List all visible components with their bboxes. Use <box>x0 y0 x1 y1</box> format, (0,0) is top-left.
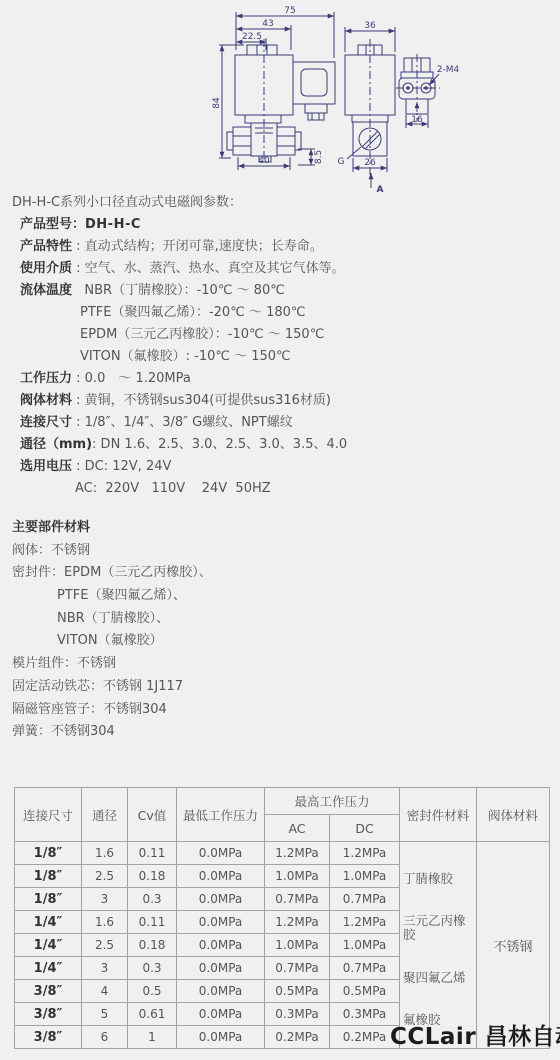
dim-front-stub: 8.5 <box>314 150 324 164</box>
seal-material: 三元乙丙橡胶 <box>403 914 476 942</box>
parameter-table: 连接尺寸 通径 Cv值 最低工作压力 最高工作压力 密封件材料 阀体材料 AC … <box>14 787 550 1049</box>
cell-dc: 1.2MPa <box>330 911 400 934</box>
cclair-logo: CCLair 昌林自动化 <box>390 1018 560 1051</box>
cell-size: 3/8″ <box>15 1026 82 1049</box>
material-line: 密封件：EPDM（三元乙丙橡胶）、 <box>0 562 560 585</box>
cell-dc: 1.0MPa <box>330 934 400 957</box>
cell-min: 0.0MPa <box>177 865 265 888</box>
spec-line-fluid-temp: 流体温度 NBR（丁腈橡胶）：-10℃ ～ 80℃ <box>0 280 560 302</box>
cell-ac: 1.2MPa <box>265 842 330 865</box>
front-view <box>219 12 335 170</box>
spec-value: : DN 1.6、2.5、3.0、2.5、3.0、3.5、4.0 <box>92 437 347 452</box>
spec-line-model: 产品型号：DH-H-C <box>0 214 560 236</box>
cell-dc: 1.0MPa <box>330 865 400 888</box>
cell-ac: 0.5MPa <box>265 980 330 1003</box>
material-line: PTFE（聚四氟乙烯）、 <box>0 585 560 608</box>
dim-side-port: 26 <box>364 158 376 168</box>
cell-size: 3/8″ <box>15 1003 82 1026</box>
cell-dn: 3 <box>82 957 128 980</box>
cell-cv: 0.3 <box>128 957 177 980</box>
spec-sheet-page: { "intro": "DH-H-C系列小口径直动式电磁阀参数：", "draw… <box>0 0 560 1060</box>
cell-min: 0.0MPa <box>177 1003 265 1026</box>
cell-dc: 0.2MPa <box>330 1026 400 1049</box>
cell-min: 0.0MPa <box>177 980 265 1003</box>
spec-value: DH-H-C <box>85 217 141 232</box>
cell-min: 0.0MPa <box>177 934 265 957</box>
cell-ac: 0.3MPa <box>265 1003 330 1026</box>
seal-material-list: 丁腈橡胶 三元乙丙橡胶 聚四氟乙烯 氟橡胶 <box>400 842 476 1047</box>
table-row: 1/8″ 1.6 0.11 0.0MPa 1.2MPa 1.2MPa 丁腈橡胶 … <box>15 842 550 865</box>
spec-value: : 直动式结构；开闭可靠,速度快；长寿命。 <box>72 239 323 254</box>
header-body-material: 阀体材料 <box>477 788 550 842</box>
spec-line-voltage-ac: AC: 220V 110V 24V 50HZ <box>0 478 560 500</box>
dim-front-coil: 43 <box>262 19 273 29</box>
spec-line-feature: 产品特性 : 直动式结构；开闭可靠,速度快；长寿命。 <box>0 236 560 258</box>
cell-min: 0.0MPa <box>177 911 265 934</box>
materials-title: 主要部件材料 <box>0 517 560 540</box>
header-max-pressure: 最高工作压力 <box>265 788 400 815</box>
cell-dn: 4 <box>82 980 128 1003</box>
material-line: 固定活动铁芯：不锈钢 1J117 <box>0 676 560 699</box>
header-seal-material: 密封件材料 <box>400 788 477 842</box>
dim-front-half: 22.5 <box>242 32 262 42</box>
spec-list: DH-H-C系列小口径直动式电磁阀参数： 产品型号：DH-H-C 产品特性 : … <box>0 192 560 500</box>
cell-cv: 0.61 <box>128 1003 177 1026</box>
valve-dimension-drawing: 75 43 22.5 84 40 8.5 36 26 G A <box>0 0 560 196</box>
cell-dc: 1.2MPa <box>330 842 400 865</box>
material-line: 模片组件：不锈钢 <box>0 653 560 676</box>
cell-size: 1/4″ <box>15 957 82 980</box>
cell-dc: 0.7MPa <box>330 888 400 911</box>
cell-dn: 2.5 <box>82 865 128 888</box>
header-ac: AC <box>265 815 330 842</box>
spec-value: NBR（丁腈橡胶）：-10℃ ～ 80℃ <box>72 283 285 298</box>
spec-label: 产品特性 <box>20 239 72 254</box>
spec-label: 阀体材料 <box>20 393 72 408</box>
cell-cv: 0.18 <box>128 934 177 957</box>
cell-dc: 0.3MPa <box>330 1003 400 1026</box>
material-line: 隔磁管座管子：不锈钢304 <box>0 699 560 722</box>
cell-size: 1/4″ <box>15 934 82 957</box>
spec-value: : 空气、水、蒸汽、热水、真空及其它气体等。 <box>72 261 345 276</box>
spec-value: AC: 220V 110V 24V 50HZ <box>75 481 271 496</box>
cell-cv: 0.3 <box>128 888 177 911</box>
spec-line-temp-ptfe: PTFE（聚四氟乙烯）：-20℃ ～ 180℃ <box>0 302 560 324</box>
cell-dn: 5 <box>82 1003 128 1026</box>
spec-label: 选用电压 <box>20 459 72 474</box>
cell-min: 0.0MPa <box>177 842 265 865</box>
cell-size: 1/8″ <box>15 888 82 911</box>
spec-label: 通径（mm) <box>20 437 92 452</box>
cell-dn: 1.6 <box>82 911 128 934</box>
seal-material: 聚四氟乙烯 <box>403 971 476 985</box>
cell-ac: 1.2MPa <box>265 911 330 934</box>
holes-label: 2-M4 <box>437 65 460 75</box>
material-line: 阀体：不锈钢 <box>0 540 560 563</box>
cell-ac: 0.7MPa <box>265 957 330 980</box>
material-line: NBR（丁腈橡胶）、 <box>0 608 560 631</box>
table-header-row: 连接尺寸 通径 Cv值 最低工作压力 最高工作压力 密封件材料 阀体材料 <box>15 788 550 815</box>
cell-size: 3/8″ <box>15 980 82 1003</box>
spec-value: EPDM（三元乙丙橡胶）：-10℃ ～ 150℃ <box>80 327 324 342</box>
cell-dn: 3 <box>82 888 128 911</box>
seal-material: 丁腈橡胶 <box>403 872 476 886</box>
header-diameter: 通径 <box>82 788 128 842</box>
material-line: VITON（氟橡胶） <box>0 630 560 653</box>
cell-size: 1/4″ <box>15 911 82 934</box>
cell-cv: 0.11 <box>128 911 177 934</box>
spec-label: 产品型号： <box>20 217 85 232</box>
dim-bottom-width: 16 <box>411 115 423 125</box>
cell-dc: 0.5MPa <box>330 980 400 1003</box>
spec-label: 连接尺寸 <box>20 415 72 430</box>
spec-value: PTFE（聚四氟乙烯）：-20℃ ～ 180℃ <box>80 305 305 320</box>
cell-cv: 1 <box>128 1026 177 1049</box>
header-dc: DC <box>330 815 400 842</box>
cell-cv: 0.18 <box>128 865 177 888</box>
cell-ac: 0.7MPa <box>265 888 330 911</box>
header-connection-size: 连接尺寸 <box>15 788 82 842</box>
spec-value: : 0.0 ～ 1.20MPa <box>72 371 191 386</box>
cell-dn: 2.5 <box>82 934 128 957</box>
spec-value: : 1/8″、1/4″、3/8″ G螺纹、NPT螺纹 <box>72 415 293 430</box>
spec-line-voltage: 选用电压 : DC: 12V, 24V <box>0 456 560 478</box>
cell-cv: 0.5 <box>128 980 177 1003</box>
dim-front-width: 75 <box>284 6 295 16</box>
cell-dn: 1.6 <box>82 842 128 865</box>
cell-dc: 0.7MPa <box>330 957 400 980</box>
spec-label: 工作压力 <box>20 371 72 386</box>
cell-min: 0.0MPa <box>177 1026 265 1049</box>
spec-line-body-material: 阀体材料 : 黄铜，不锈钢sus304(可提供sus316材质) <box>0 390 560 412</box>
spec-value: : 黄铜，不锈钢sus304(可提供sus316材质) <box>72 393 331 408</box>
spec-line-diameter: 通径（mm): DN 1.6、2.5、3.0、2.5、3.0、3.5、4.0 <box>0 434 560 456</box>
spec-label: 流体温度 <box>20 283 72 298</box>
cell-ac: 1.0MPa <box>265 865 330 888</box>
materials-section: 主要部件材料 阀体：不锈钢 密封件：EPDM（三元乙丙橡胶）、 PTFE（聚四氟… <box>0 517 560 744</box>
intro-line: DH-H-C系列小口径直动式电磁阀参数： <box>0 192 560 214</box>
cell-size: 1/8″ <box>15 842 82 865</box>
spec-line-media: 使用介质 : 空气、水、蒸汽、热水、真空及其它气体等。 <box>0 258 560 280</box>
cell-min: 0.0MPa <box>177 957 265 980</box>
header-min-pressure: 最低工作压力 <box>177 788 265 842</box>
spec-label: 使用介质 <box>20 261 72 276</box>
dim-side-width: 36 <box>364 21 376 31</box>
dim-front-height: 84 <box>212 97 222 109</box>
cell-ac: 1.0MPa <box>265 934 330 957</box>
port-label: G <box>338 157 345 167</box>
cell-ac: 0.2MPa <box>265 1026 330 1049</box>
cell-dn: 6 <box>82 1026 128 1049</box>
spec-value: VITON（氟橡胶）: -10℃ ～ 150℃ <box>80 349 291 364</box>
spec-line-temp-viton: VITON（氟橡胶）: -10℃ ～ 150℃ <box>0 346 560 368</box>
cell-size: 1/8″ <box>15 865 82 888</box>
dim-front-body: 40 <box>258 156 270 166</box>
spec-line-connection: 连接尺寸 : 1/8″、1/4″、3/8″ G螺纹、NPT螺纹 <box>0 412 560 434</box>
spec-line-temp-epdm: EPDM（三元乙丙橡胶）：-10℃ ～ 150℃ <box>0 324 560 346</box>
spec-line-pressure: 工作压力 : 0.0 ～ 1.20MPa <box>0 368 560 390</box>
material-line: 弹簧：不锈钢304 <box>0 721 560 744</box>
cell-cv: 0.11 <box>128 842 177 865</box>
header-cv: Cv值 <box>128 788 177 842</box>
spec-value: : DC: 12V, 24V <box>72 459 171 474</box>
cell-min: 0.0MPa <box>177 888 265 911</box>
